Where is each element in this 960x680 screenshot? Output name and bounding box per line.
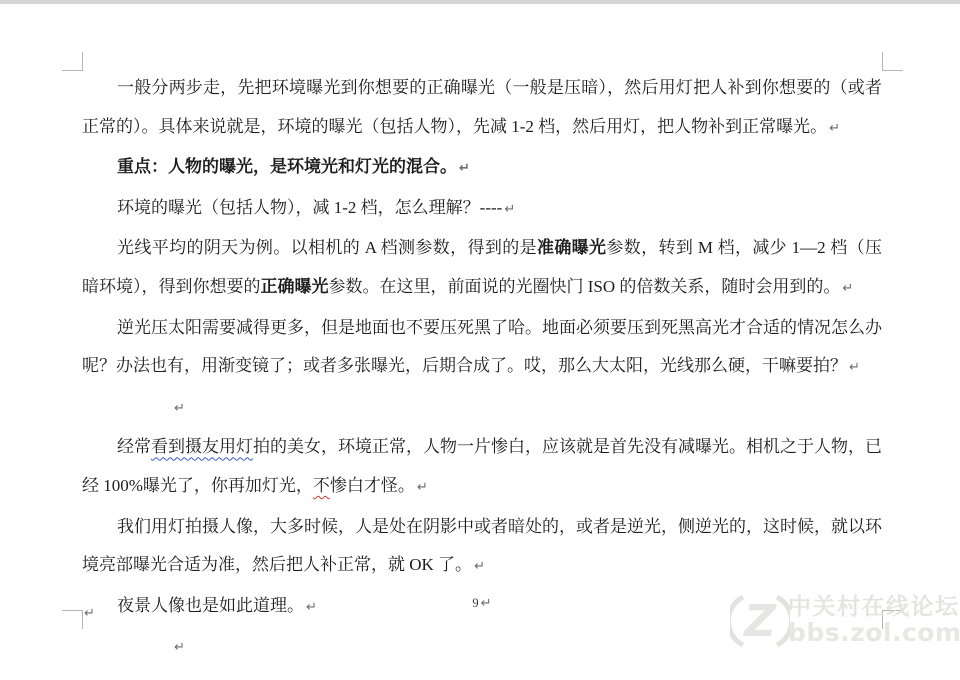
page-edge-strip [0, 0, 960, 4]
pilcrow-mark-icon: ↵ [459, 161, 470, 176]
paragraph-6-empty: ↵ [82, 388, 882, 429]
pilcrow-mark-icon: ↵ [174, 640, 185, 655]
watermark-site-name: 中关村在线论坛 [788, 594, 960, 620]
pilcrow-mark-icon: ↵ [474, 559, 485, 574]
pilcrow-mark-icon: ↵ [174, 401, 185, 416]
watermark-site-url: bbs.zol.com.cn [788, 620, 960, 646]
margin-corner-top-right-icon [882, 52, 903, 71]
text-run: 环境的曝光（包括人物），减 1-2 档，怎么理解？---- [117, 198, 502, 217]
paragraph-8: 我们用灯拍摄人像，大多时候，人是处在阴影中或者暗处的，或者是逆光，侧逆光的，这时… [82, 508, 882, 587]
text-run: 一般分两步走，先把环境曝光到你想要的正确曝光（一般是压暗），然后用灯把人补到你想… [82, 78, 882, 136]
text-run: 参数。在这里，前面说的光圈快门 ISO 的倍数关系，随时会用到的。 [329, 277, 841, 296]
paragraph-7: 经常看到摄友用灯拍的美女，环境正常，人物一片惨白，应该就是首先没有减曝光。相机之… [82, 428, 882, 507]
pilcrow-mark-icon: ↵ [842, 281, 853, 296]
svg-text:Z: Z [742, 596, 777, 647]
footer-page-number: 9 [472, 596, 478, 610]
pilcrow-mark-icon: ↵ [504, 202, 515, 217]
paragraph-1: 一般分两步走，先把环境曝光到你想要的正确曝光（一般是压暗），然后用灯把人补到你想… [82, 69, 882, 148]
pilcrow-mark-icon: ↵ [849, 360, 860, 375]
paragraph-5: 逆光压太阳需要减得更多，但是地面也不要压死黑了哈。地面必须要压到死黑高光才合适的… [82, 309, 882, 388]
pilcrow-mark-icon: ↵ [84, 606, 95, 621]
text-run: 经常 [117, 437, 151, 456]
text-run: 逆光压太阳需要减得更多，但是地面也不要压死黑了哈。地面必须要压到死黑高光才合适的… [82, 318, 882, 376]
text-run: 惨白才怪。 [330, 476, 415, 495]
margin-corner-top-left-icon [62, 52, 83, 71]
grammar-flagged-text-run: 看到摄友用灯 [151, 437, 253, 456]
bold-text-run: 重点：人物的曝光，是环境光和灯光的混合。 [117, 157, 457, 176]
paragraph-2-key-point: 重点：人物的曝光，是环境光和灯光的混合。↵ [82, 148, 882, 189]
paragraph-4: 光线平均的阴天为例。以相机的 A 档测参数，得到的是准确曝光参数，转到 M 档，… [82, 229, 882, 308]
pilcrow-mark-icon: ↵ [829, 121, 840, 136]
pilcrow-mark-icon: ↵ [481, 596, 492, 611]
spellcheck-flagged-text-run: 不 [313, 476, 330, 495]
margin-corner-bottom-left-icon [62, 610, 83, 629]
text-run: 光线平均的阴天为例。以相机的 A 档测参数，得到的是 [117, 238, 537, 257]
zol-logo-icon: Z [730, 590, 790, 652]
pilcrow-mark-icon: ↵ [417, 480, 428, 495]
watermark: Z 中关村在线论坛 bbs.zol.com.cn [730, 588, 960, 654]
document-text-area[interactable]: 一般分两步走，先把环境曝光到你想要的正确曝光（一般是压暗），然后用灯把人补到你想… [82, 69, 882, 668]
paragraph-3: 环境的曝光（包括人物），减 1-2 档，怎么理解？----↵ [82, 189, 882, 230]
bold-text-run: 正确曝光 [261, 277, 329, 296]
bold-text-run: 准确曝光 [537, 238, 606, 257]
